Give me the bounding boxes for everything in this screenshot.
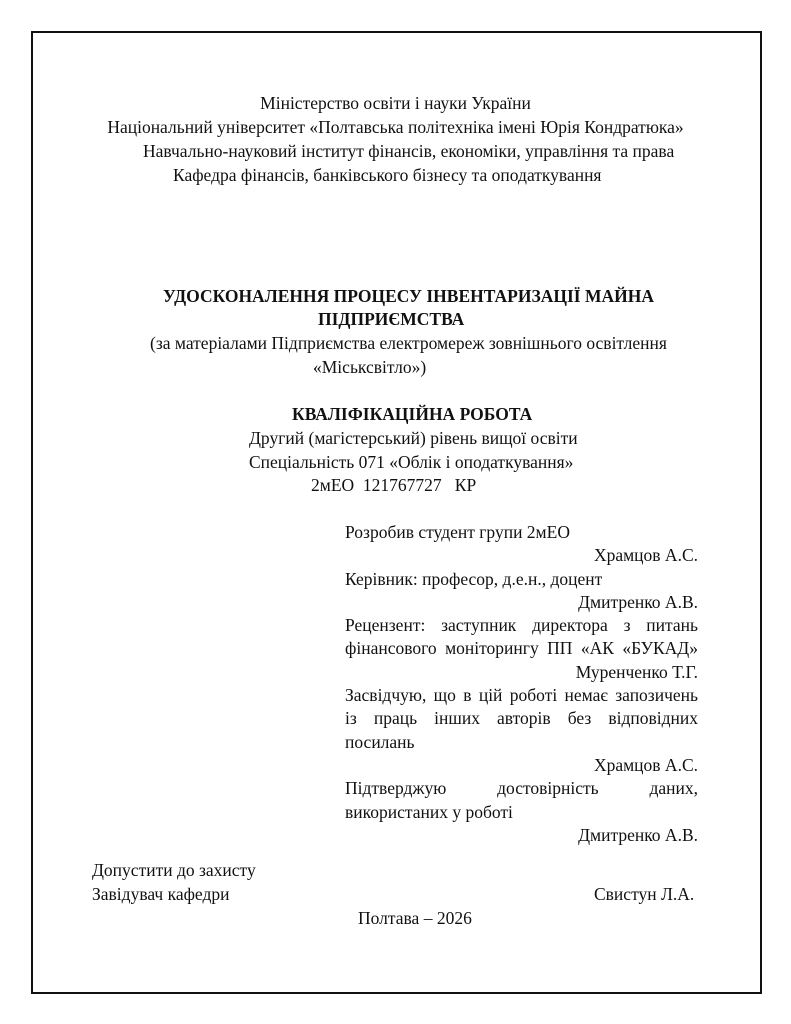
department-line: Кафедра фінансів, банківського бізнесу т… — [173, 164, 602, 187]
university-line: Національний університет «Полтавська пол… — [0, 116, 791, 139]
thesis-title-line2: ПІДПРИЄМСТВА — [318, 308, 464, 331]
specialty: Спеціальність 071 «Облік і оподаткування… — [249, 451, 573, 474]
supervisor-label: Керівник: професор, д.е.н., доцент — [345, 568, 698, 591]
student-name: Храмцов А.С. — [345, 544, 698, 567]
education-level: Другий (магістерський) рівень вищої осві… — [249, 427, 578, 450]
confirm-line1: Підтверджую достовірність даних, — [345, 777, 698, 800]
reviewer-label-line2: фінансового моніторингу ПП «АК «БУКАД» — [345, 637, 698, 660]
confirm-line2: використаних у роботі — [345, 801, 698, 824]
work-type: КВАЛІФІКАЦІЙНА РОБОТА — [292, 403, 532, 426]
confirm-signer: Дмитренко А.В. — [345, 824, 698, 847]
work-code: 2мЕО 121767727 КР — [311, 474, 476, 497]
reviewer-name: Муренченко Т.Г. — [345, 661, 698, 684]
city-year: Полтава – 2026 — [358, 907, 472, 930]
developed-by-label: Розробив студент групи 2мЕО — [345, 521, 698, 544]
reviewer-label-line1: Рецензент: заступник директора з питань — [345, 614, 698, 637]
signatures-block: Розробив студент групи 2мЕО Храмцов А.С.… — [345, 521, 698, 847]
thesis-subtitle-line2: «Міськсвітло») — [313, 356, 426, 379]
certify-line2: із праць інших авторів без відповідних — [345, 707, 698, 730]
admit-label: Допустити до захисту — [92, 859, 256, 882]
certify-signer: Храмцов А.С. — [345, 754, 698, 777]
ministry-line: Міністерство освіти і науки України — [0, 92, 791, 115]
certify-line1: Засвідчую, що в цій роботі немає запозич… — [345, 684, 698, 707]
head-of-department-name: Свистун Л.А. — [594, 883, 694, 906]
certify-line3: посилань — [345, 731, 698, 754]
institute-line: Навчально-науковий інститут фінансів, ек… — [143, 140, 674, 163]
supervisor-name: Дмитренко А.В. — [345, 591, 698, 614]
head-of-department-label: Завідувач кафедри — [92, 883, 230, 906]
thesis-title-line1: УДОСКОНАЛЕННЯ ПРОЦЕСУ ІНВЕНТАРИЗАЦІЇ МАЙ… — [163, 285, 654, 308]
thesis-subtitle-line1: (за матеріалами Підприємства електромере… — [150, 332, 667, 355]
